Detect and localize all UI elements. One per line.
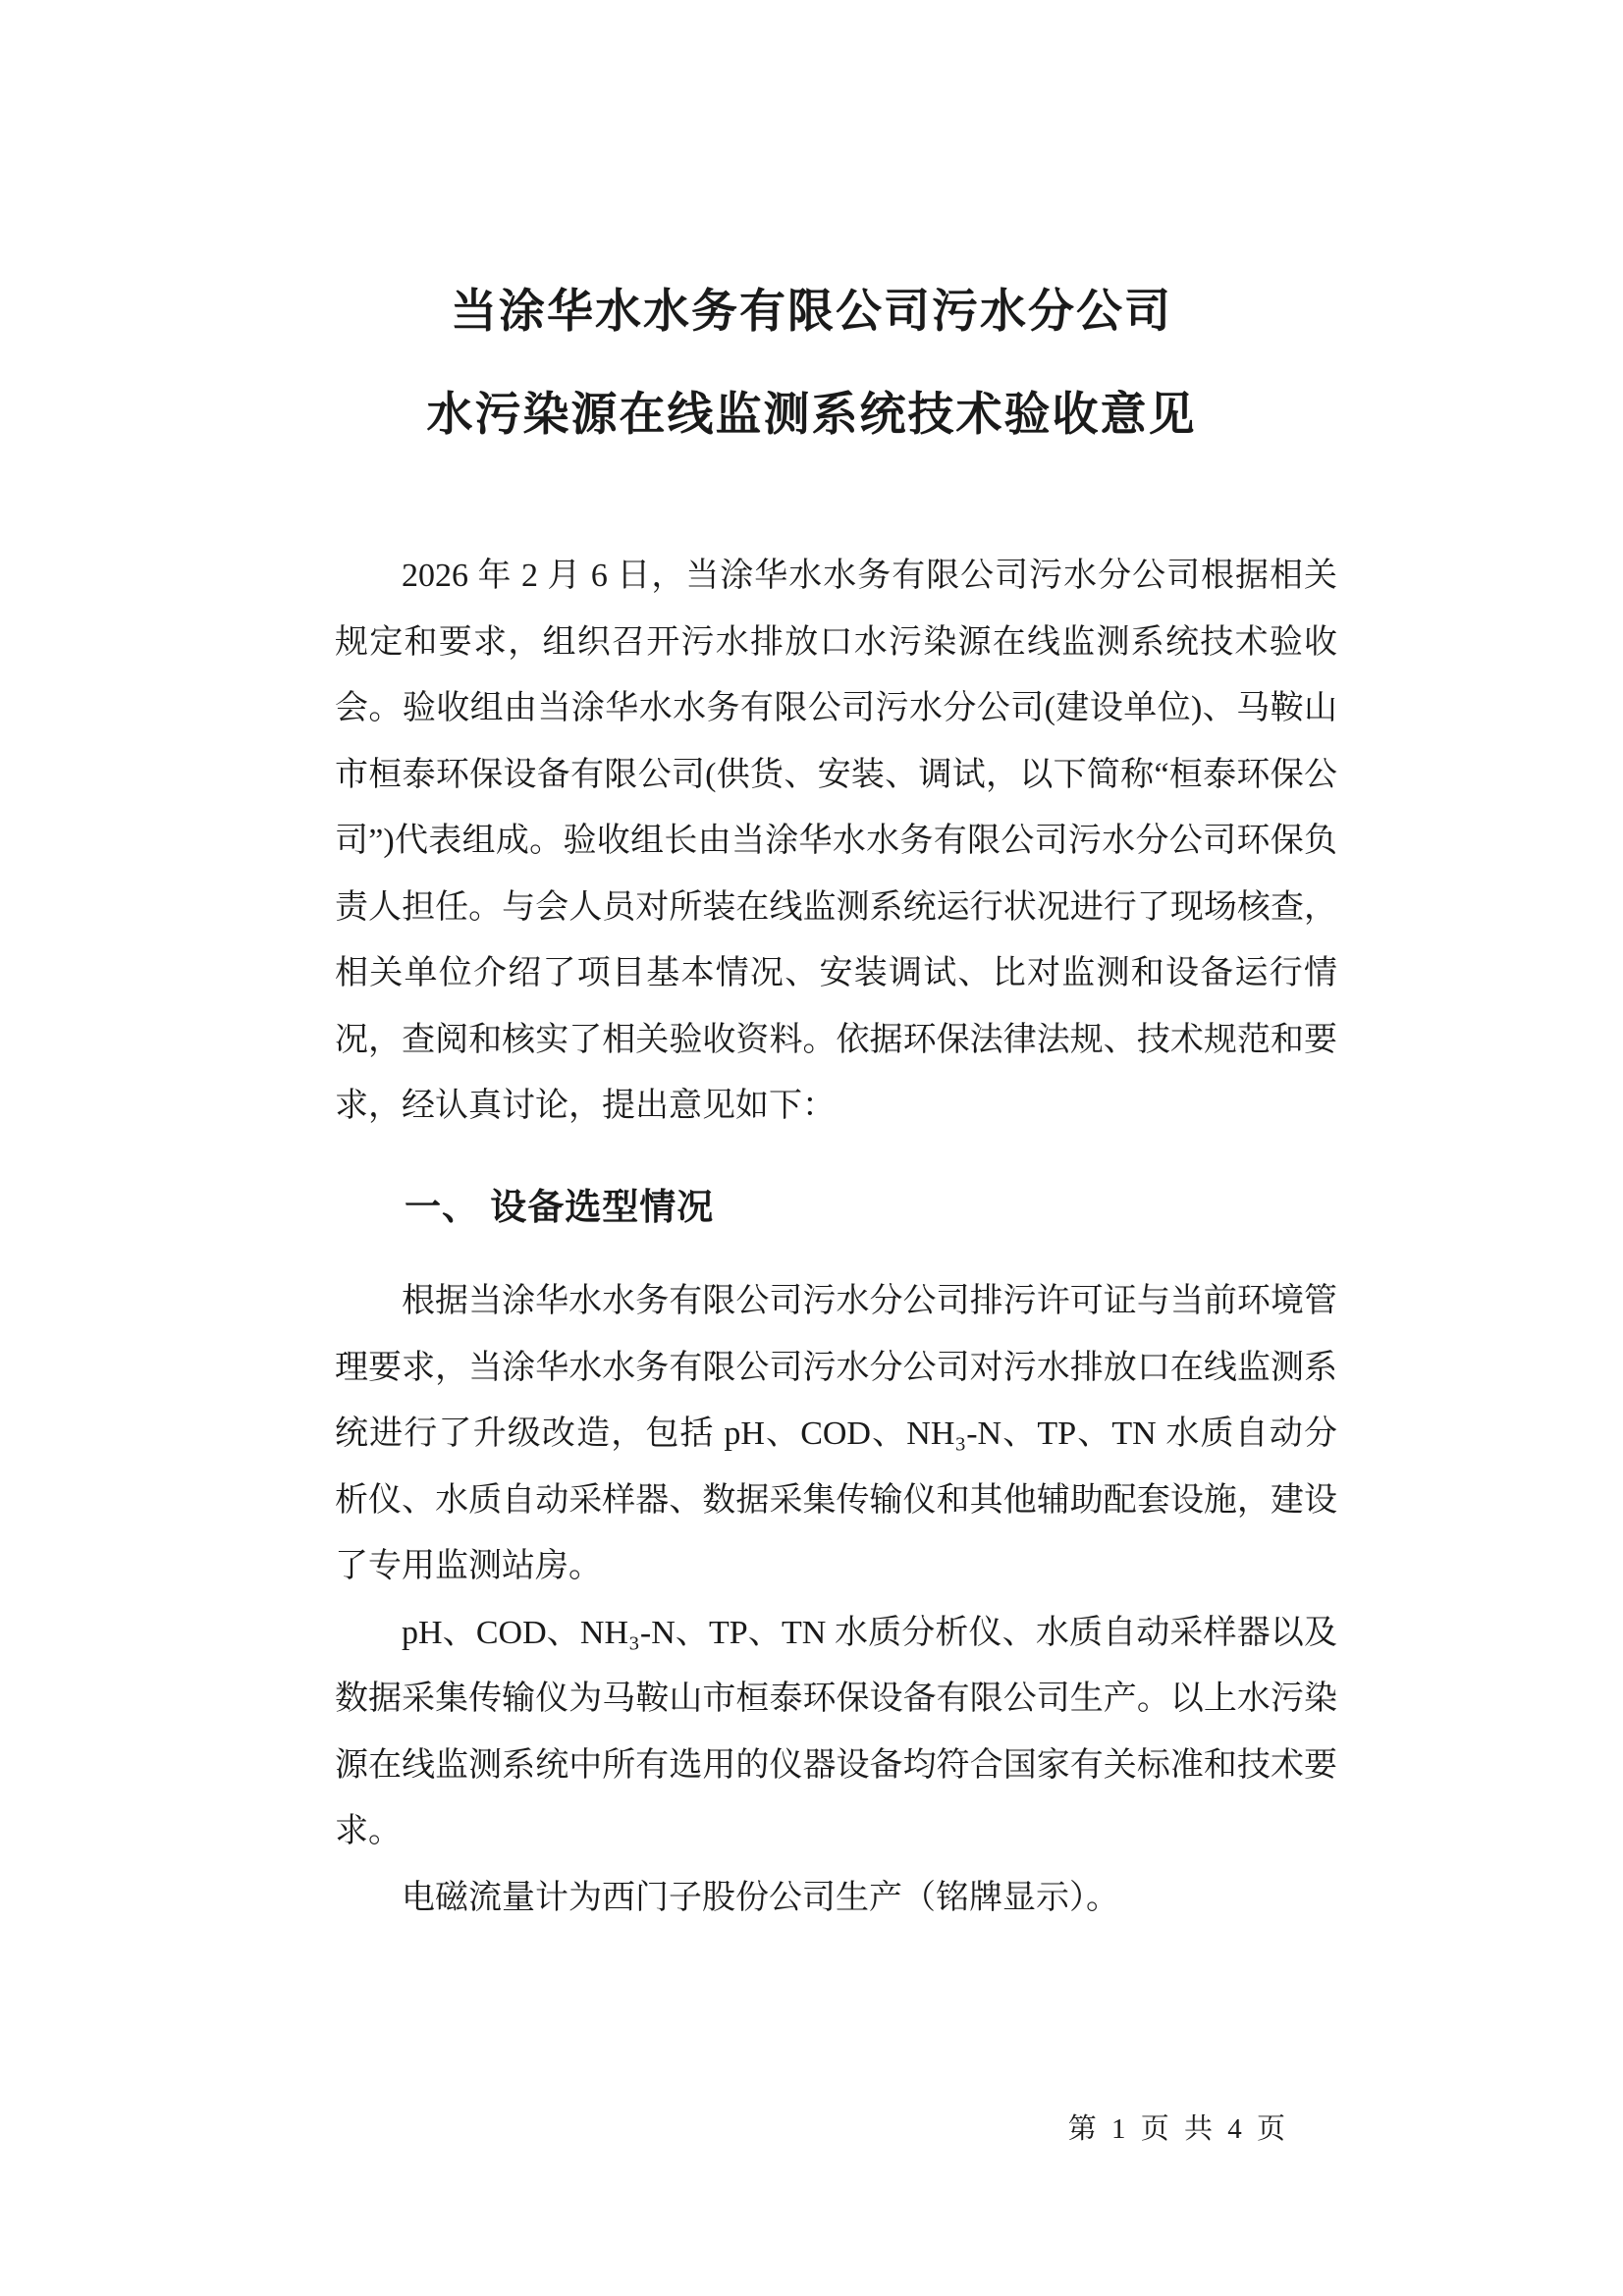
section-1-paragraph-1: 根据当涂华水水务有限公司污水分公司排污许可证与当前环境管理要求，当涂华水水务有限… [335,1268,1337,1600]
intro-paragraph: 2026 年 2 月 6 日，当涂华水水务有限公司污水分公司根据相关规定和要求，… [335,543,1337,1140]
section-1-paragraph-2: pH、COD、NH₃-N、TP、TN 水质分析仪、水质自动采样器以及数据采集传输… [335,1600,1337,1865]
document-title: 当涂华水水务有限公司污水分公司 水污染源在线监测系统技术验收意见 [0,259,1623,465]
document-title-line-2: 水污染源在线监测系统技术验收意见 [0,362,1623,465]
page-number-footer: 第 1 页 共 4 页 [1068,2109,1289,2149]
intro-section: 2026 年 2 月 6 日，当涂华水水务有限公司污水分公司根据相关规定和要求，… [335,543,1337,1140]
section-1: 一、 设备选型情况 根据当涂华水水务有限公司污水分公司排污许可证与当前环境管理要… [335,1174,1337,1931]
document-title-line-1: 当涂华水水务有限公司污水分公司 [0,259,1623,362]
section-1-paragraph-3: 电磁流量计为西门子股份公司生产（铭牌显示）。 [335,1865,1337,1932]
section-1-heading: 一、 设备选型情况 [335,1174,1337,1241]
document-page: 当涂华水水务有限公司污水分公司 水污染源在线监测系统技术验收意见 2026 年 … [0,0,1623,2296]
